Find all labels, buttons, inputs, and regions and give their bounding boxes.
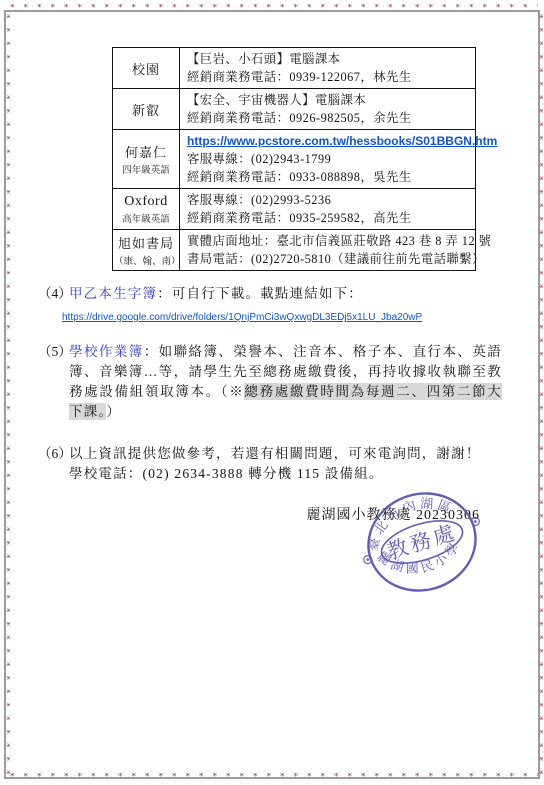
table-row-hess-english: 何嘉仁 四年級英語 https://www.pcstore.com.tw/hes… bbox=[113, 130, 476, 189]
textbook-name: 【宏全、宇宙機器人】電腦課本 bbox=[187, 91, 468, 109]
dealer-phone: 經銷商業務電話：0933-088898，吳先生 bbox=[187, 168, 468, 186]
keyword-copybook: 甲乙本生字簿 bbox=[69, 286, 157, 301]
row-label-sub: 高年級英語 bbox=[114, 211, 178, 225]
google-drive-link[interactable]: https://drive.google.com/drive/folders/1… bbox=[62, 312, 422, 323]
row-label-sub: （康、翰、南） bbox=[114, 253, 178, 267]
row-label: 新叡 bbox=[113, 89, 180, 130]
row-label: 旭如書局 bbox=[118, 236, 174, 251]
pcstore-link[interactable]: https://www.pcstore.com.tw/hessbooks/S01… bbox=[187, 134, 497, 148]
vendor-contact-table: 校園 【巨岩、小石頭】電腦課本 經銷商業務電話：0939-122067，林先生 … bbox=[112, 47, 476, 271]
office-seal-stamp: 教務處 臺北市內湖區 麗湖國民小學 bbox=[336, 476, 508, 612]
paragraph-5: （5）學校作業簿：如聯絡簿、榮譽本、注音本、格子本、直行本、英語簿、音樂簿…等，… bbox=[38, 342, 502, 422]
service-hotline: 客服專線：(02)2993-5236 bbox=[187, 191, 468, 209]
document-content: 校園 【巨岩、小石頭】電腦課本 經銷商業務電話：0939-122067，林先生 … bbox=[0, 0, 544, 524]
item-number: （5） bbox=[38, 342, 72, 362]
paragraph-5-close: ） bbox=[106, 404, 121, 419]
table-row-oxford-english: Oxford 高年級英語 客服專線：(02)2993-5236 經銷商業務電話：… bbox=[113, 189, 476, 230]
paragraph-4: （4）甲乙本生字簿：可自行下載。載點連結如下： bbox=[38, 284, 502, 304]
paragraph-6-line1: 以上資訊提供您做參考，若還有相關問題，可來電詢問，謝謝！ bbox=[69, 446, 481, 461]
dealer-phone: 經銷商業務電話：0939-122067，林先生 bbox=[187, 68, 468, 86]
download-link-row: https://drive.google.com/drive/folders/1… bbox=[62, 307, 544, 325]
textbook-name: 【巨岩、小石頭】電腦課本 bbox=[187, 50, 468, 68]
store-phone: 書局電話：(02)2720-5810（建議前往前先電話聯繫） bbox=[187, 250, 468, 268]
row-label: 何嘉仁 bbox=[125, 145, 167, 160]
paragraph-4-text: ：可自行下載。載點連結如下： bbox=[157, 286, 363, 301]
keyword-workbooks: 學校作業簿 bbox=[69, 344, 144, 359]
item-number: （4） bbox=[38, 284, 72, 304]
table-row-campus: 校園 【巨岩、小石頭】電腦課本 經銷商業務電話：0939-122067，林先生 bbox=[113, 48, 476, 89]
page-border-motif-bottom: ****************************************… bbox=[10, 773, 538, 784]
item-number: （6） bbox=[38, 444, 72, 464]
dealer-phone: 經銷商業務電話：0935-259582，高先生 bbox=[187, 209, 468, 227]
service-hotline: 客服專線：(02)2943-1799 bbox=[187, 150, 468, 168]
dealer-phone: 經銷商業務電話：0926-982505，余先生 bbox=[187, 109, 468, 127]
row-label: Oxford bbox=[124, 194, 167, 209]
row-label-sub: 四年級英語 bbox=[114, 162, 178, 176]
seal-rosette-right bbox=[470, 517, 480, 527]
row-label: 校園 bbox=[113, 48, 180, 89]
table-row-xinrui: 新叡 【宏全、宇宙機器人】電腦課本 經銷商業務電話：0926-982505，余先… bbox=[113, 89, 476, 130]
table-row-xuru-bookstore: 旭如書局 （康、翰、南） 實體店面地址：臺北市信義區莊敬路 423 巷 8 弄 … bbox=[113, 230, 476, 271]
store-address: 實體店面地址：臺北市信義區莊敬路 423 巷 8 弄 12 號 bbox=[187, 232, 468, 250]
document-page: ****************************************… bbox=[0, 0, 544, 785]
